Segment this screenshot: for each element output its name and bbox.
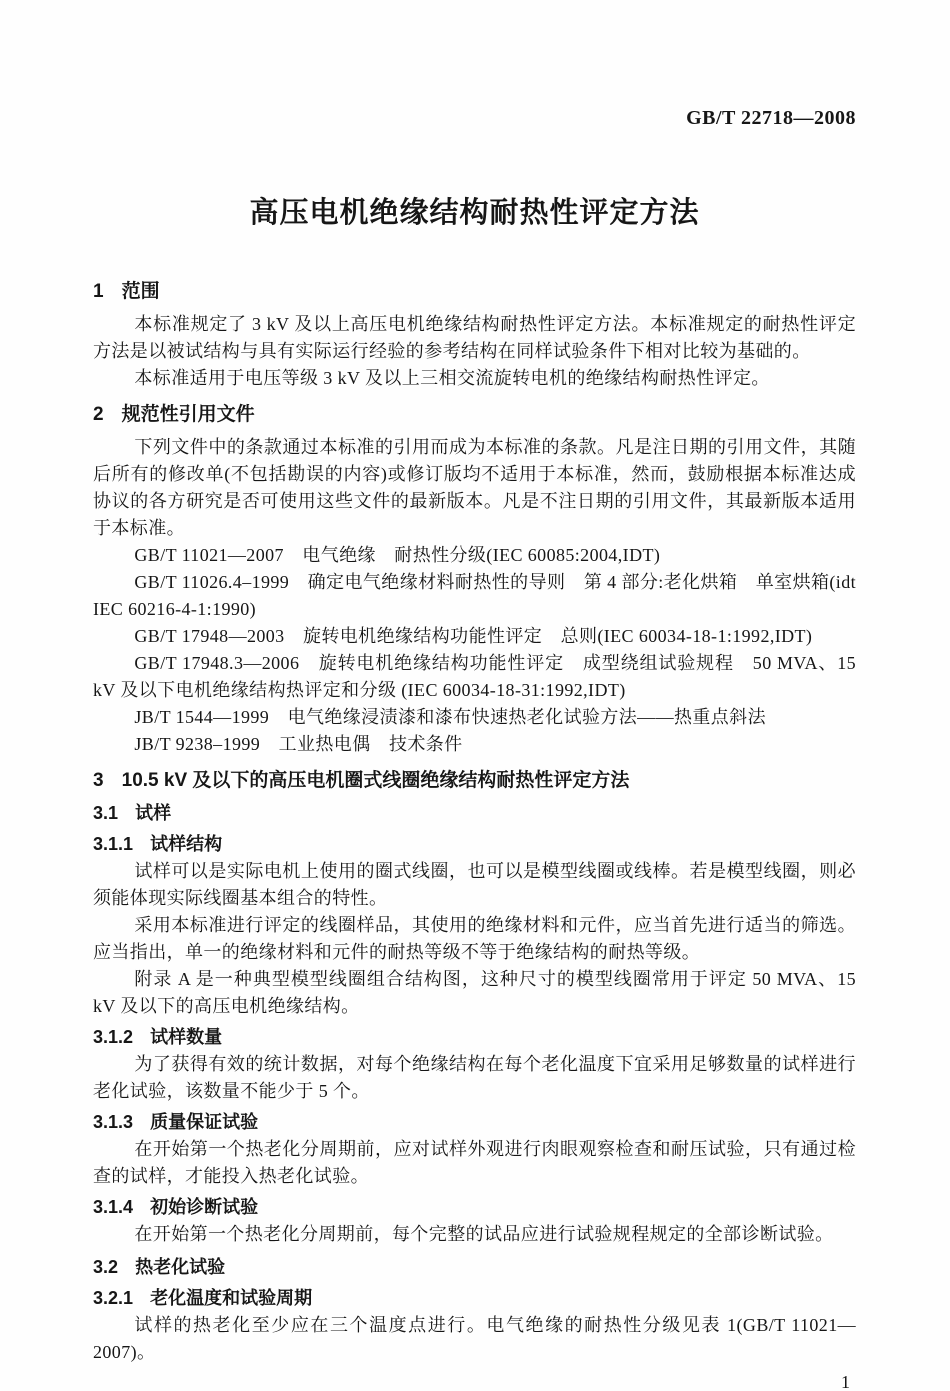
section-heading: 1范围: [93, 278, 856, 305]
heading-text: 试样结构: [150, 834, 222, 854]
heading-text: 范围: [122, 281, 160, 302]
heading-number: 3.1.4: [93, 1197, 133, 1217]
paragraph: 试样可以是实际电机上使用的圈式线圈，也可以是模型线圈或线棒。若是模型线圈，则必须…: [93, 858, 856, 912]
content-blocks: 1范围本标准规定了 3 kV 及以上高压电机绝缘结构耐热性评定方法。本标准规定的…: [93, 278, 856, 1366]
section-heading: 3.1试样: [93, 800, 856, 827]
document-header: GB/T 22718—2008: [93, 106, 856, 132]
heading-number: 3.2.1: [93, 1288, 133, 1308]
heading-text: 试样数量: [150, 1027, 222, 1047]
reference-item: JB/T 9238–1999 工业热电偶 技术条件: [93, 731, 856, 758]
heading-number: 3.1.2: [93, 1027, 133, 1047]
document-page: GB/T 22718—2008 高压电机绝缘结构耐热性评定方法 1范围本标准规定…: [0, 0, 950, 1391]
section-heading: 3.1.1试样结构: [93, 831, 856, 858]
reference-item: GB/T 11026.4–1999 确定电气绝缘材料耐热性的导则 第 4 部分:…: [93, 569, 856, 623]
section-heading: 3.1.2试样数量: [93, 1024, 856, 1051]
section-heading: 3.2.1老化温度和试验周期: [93, 1285, 856, 1312]
reference-item: GB/T 17948—2003 旋转电机绝缘结构功能性评定 总则(IEC 600…: [93, 623, 856, 650]
heading-number: 3: [93, 770, 104, 791]
paragraph: 本标准适用于电压等级 3 kV 及以上三相交流旋转电机的绝缘结构耐热性评定。: [93, 365, 856, 392]
heading-text: 试样: [135, 803, 171, 823]
section-heading: 3.2热老化试验: [93, 1254, 856, 1281]
heading-number: 1: [93, 281, 104, 302]
heading-number: 3.1.1: [93, 834, 133, 854]
paragraph: 附录 A 是一种典型模型线圈组合结构图，这种尺寸的模型线圈常用于评定 50 MV…: [93, 966, 856, 1020]
heading-text: 10.5 kV 及以下的高压电机圈式线圈绝缘结构耐热性评定方法: [122, 770, 630, 791]
heading-number: 3.1: [93, 803, 118, 823]
section-heading: 2规范性引用文件: [93, 401, 856, 428]
document-title: 高压电机绝缘结构耐热性评定方法: [93, 194, 856, 232]
heading-text: 初始诊断试验: [150, 1197, 258, 1217]
heading-text: 热老化试验: [135, 1257, 225, 1277]
document-footer: 1: [93, 1372, 856, 1391]
heading-number: 3.2: [93, 1257, 118, 1277]
paragraph: 下列文件中的条款通过本标准的引用而成为本标准的条款。凡是注日期的引用文件，其随后…: [93, 434, 856, 542]
heading-text: 质量保证试验: [150, 1112, 258, 1132]
heading-number: 3.1.3: [93, 1112, 133, 1132]
paragraph: 在开始第一个热老化分周期前，应对试样外观进行肉眼观察检查和耐压试验，只有通过检查…: [93, 1136, 856, 1190]
section-heading: 3.1.3质量保证试验: [93, 1109, 856, 1136]
reference-item: JB/T 1544—1999 电气绝缘浸渍漆和漆布快速热老化试验方法——热重点斜…: [93, 704, 856, 731]
paragraph: 采用本标准进行评定的线圈样品，其使用的绝缘材料和元件，应当首先进行适当的筛选。应…: [93, 912, 856, 966]
reference-item: GB/T 17948.3—2006 旋转电机绝缘结构功能性评定 成型绕组试验规程…: [93, 650, 856, 704]
paragraph: 在开始第一个热老化分周期前，每个完整的试品应进行试验规程规定的全部诊断试验。: [93, 1221, 856, 1248]
reference-item: GB/T 11021—2007 电气绝缘 耐热性分级(IEC 60085:200…: [93, 542, 856, 569]
standard-number: GB/T 22718—2008: [686, 107, 856, 129]
page-number: 1: [841, 1372, 850, 1391]
heading-text: 规范性引用文件: [122, 404, 255, 425]
paragraph: 本标准规定了 3 kV 及以上高压电机绝缘结构耐热性评定方法。本标准规定的耐热性…: [93, 311, 856, 365]
paragraph: 为了获得有效的统计数据，对每个绝缘结构在每个老化温度下宜采用足够数量的试样进行老…: [93, 1051, 856, 1105]
heading-number: 2: [93, 404, 104, 425]
heading-text: 老化温度和试验周期: [150, 1288, 312, 1308]
section-heading: 3.1.4初始诊断试验: [93, 1194, 856, 1221]
paragraph: 试样的热老化至少应在三个温度点进行。电气绝缘的耐热性分级见表 1(GB/T 11…: [93, 1312, 856, 1366]
section-heading: 310.5 kV 及以下的高压电机圈式线圈绝缘结构耐热性评定方法: [93, 767, 856, 794]
